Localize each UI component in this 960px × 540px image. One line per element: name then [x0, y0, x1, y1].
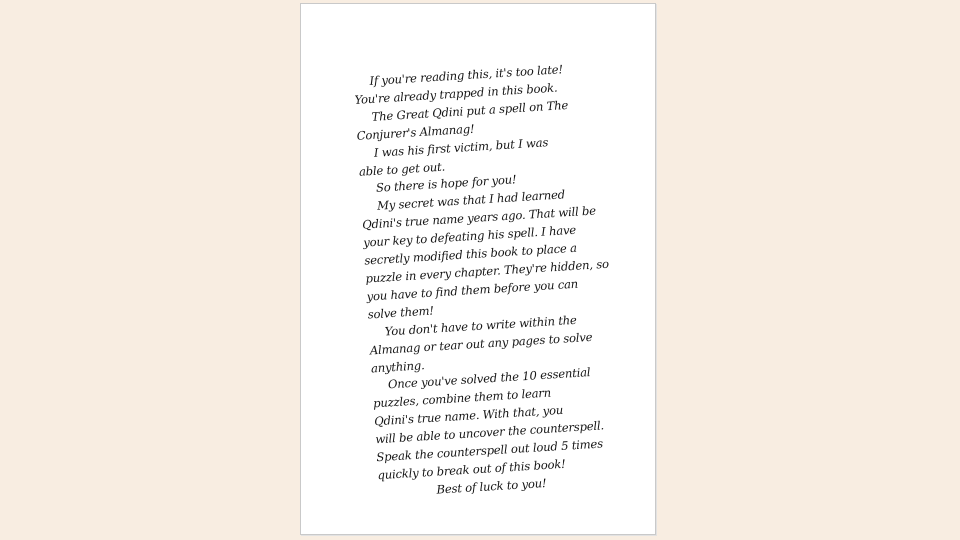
handwritten-letter: If you're reading this, it's too late!Yo…: [353, 58, 649, 503]
letter-page: If you're reading this, it's too late!Yo…: [300, 3, 656, 535]
